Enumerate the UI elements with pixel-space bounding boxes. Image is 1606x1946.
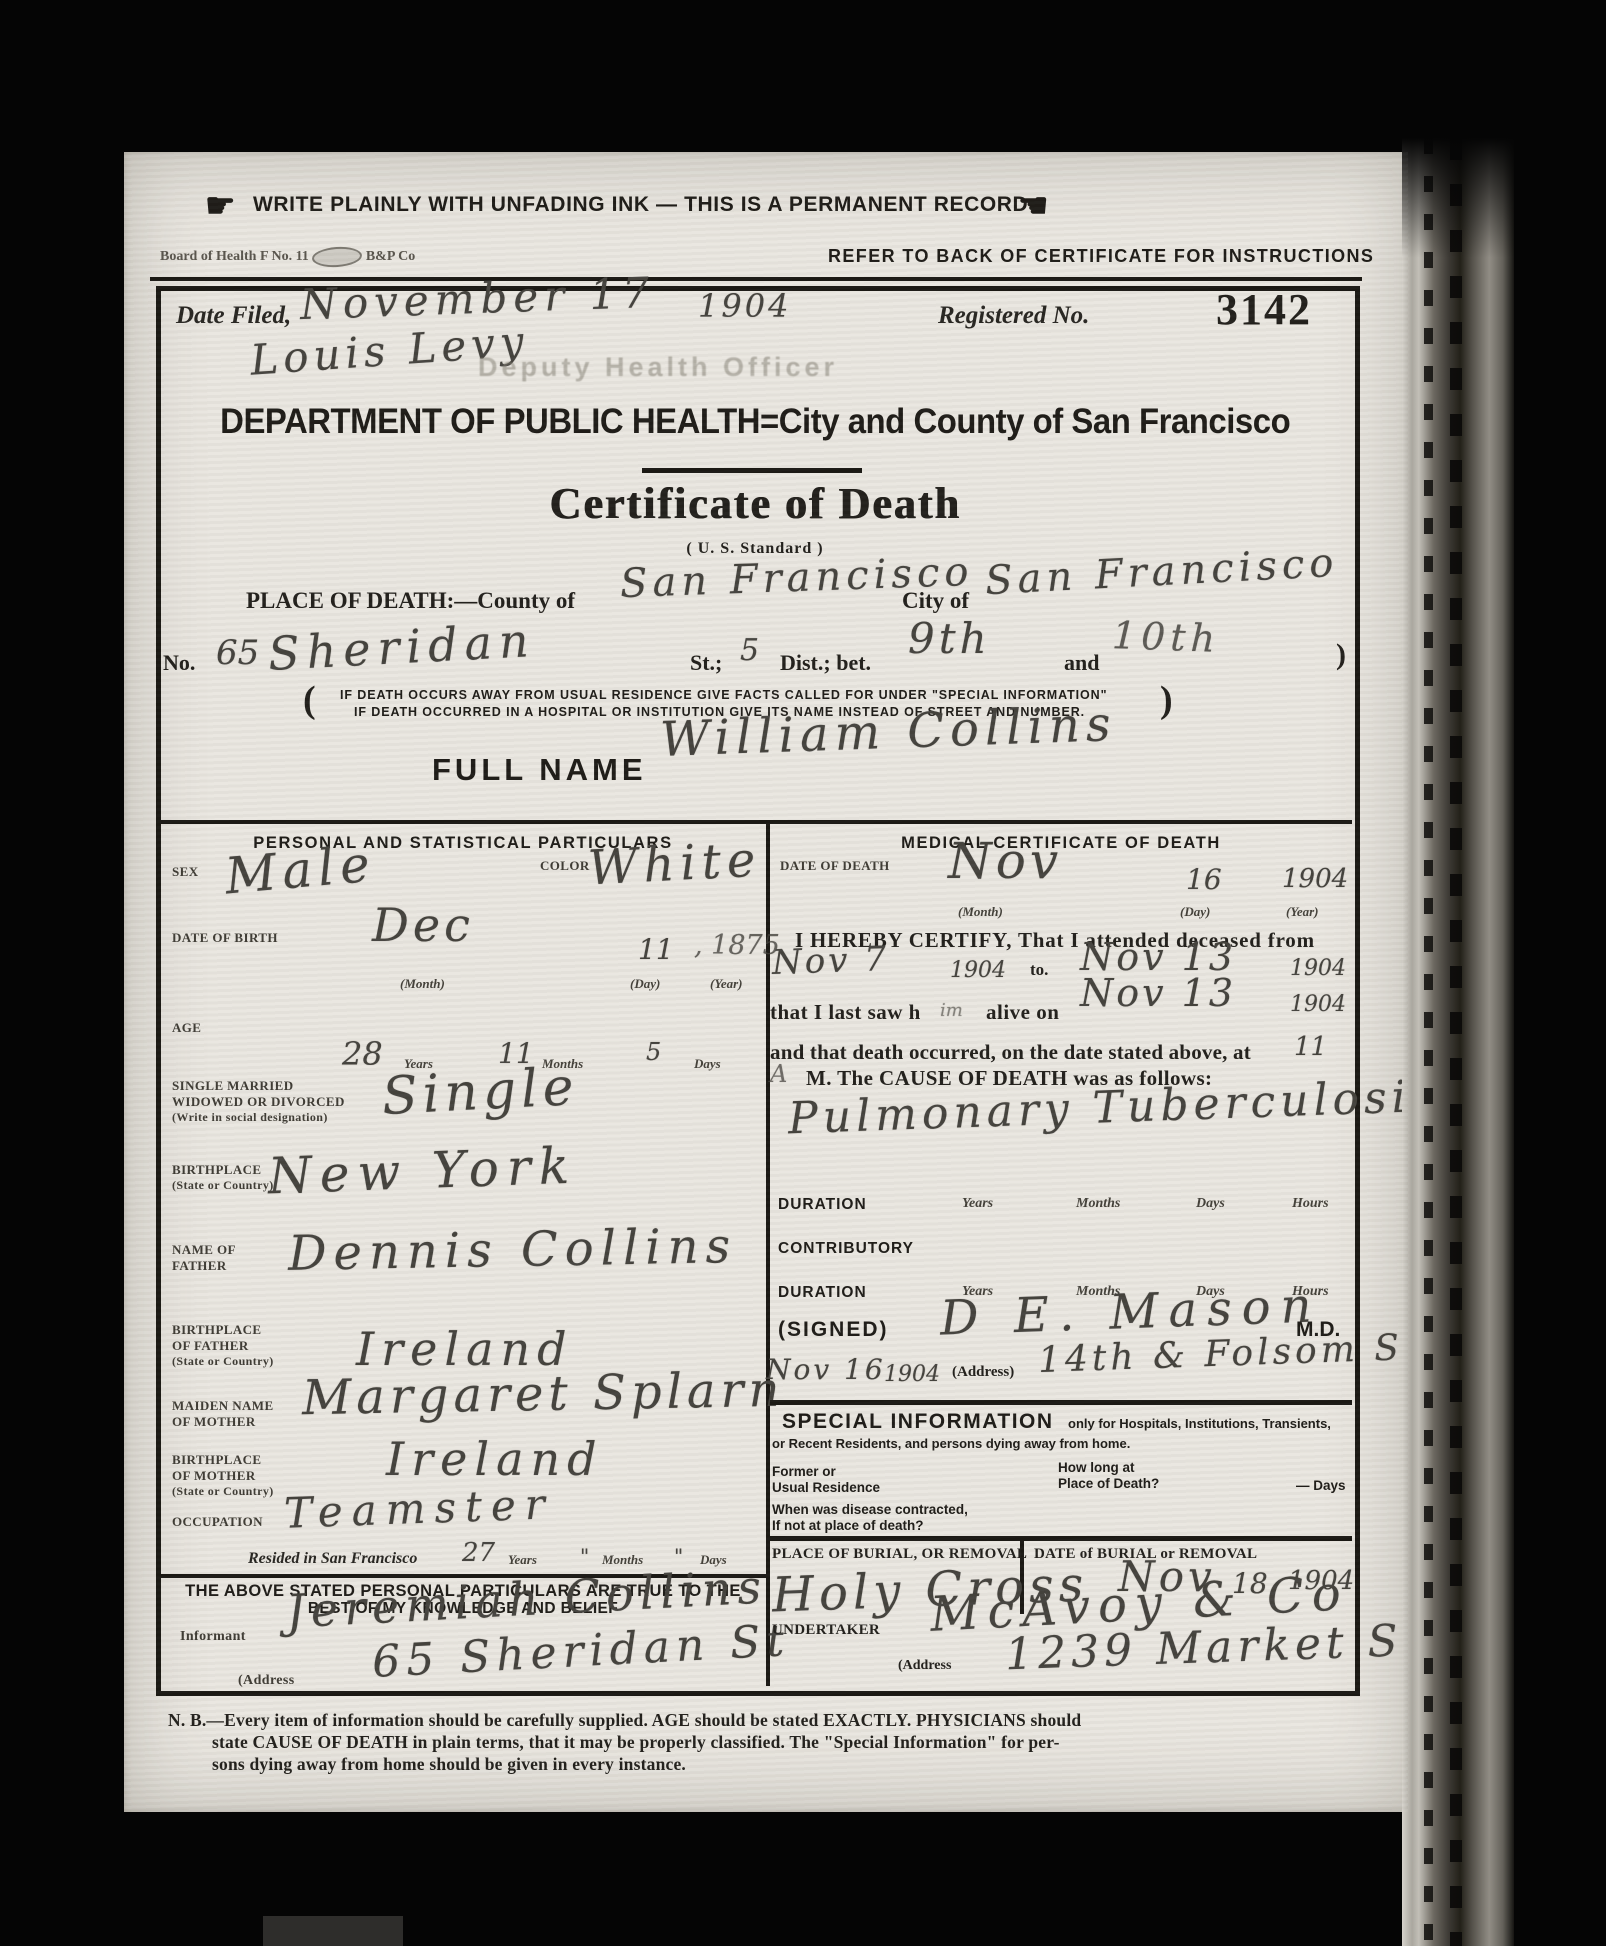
father-bp-label-2: OF FATHER [172,1338,249,1354]
mother-label-2: OF MOTHER [172,1414,256,1430]
duration1-months: Months [1076,1196,1120,1212]
house-no-value: 65 [216,636,259,670]
date-filed-year: 1904 [698,290,791,322]
no-label: No. [163,650,195,676]
deputy-health-officer-stamp: Deputy Health Officer [478,352,838,383]
city-label: City of [902,588,969,614]
dob-month-value: Dec [372,902,474,948]
informant-label: Informant [180,1628,246,1646]
signed-year-value: 1904 [884,1364,940,1386]
father-name-value: Dennis Collins [288,1222,738,1278]
birthplace-label-2: (State or Country) [172,1178,274,1193]
last-saw-him-hw: im [940,1002,963,1020]
special-info-subtitle1: only for Hospitals, Institutions, Transi… [1068,1416,1331,1431]
ward-value: 5 [740,636,759,666]
father-bp-label-3: (State or Country) [172,1354,274,1369]
occupation-label: OCCUPATION [172,1514,263,1530]
dob-day-caption: (Day) [630,976,660,992]
duration1-years: Years [962,1196,993,1212]
between-street-value: 9th [908,618,991,660]
father-label-2: FATHER [172,1258,227,1274]
marital-label-2: WIDOWED OR DIVORCED [172,1094,345,1110]
mother-bp-label-1: BIRTHPLACE [172,1452,262,1468]
meridiem-hw: A [770,1062,787,1086]
attended-from-year: 1904 [950,960,1006,982]
special-info-title: SPECIAL INFORMATION [782,1410,1054,1434]
contracted-label-1: When was disease contracted, [772,1502,968,1517]
marital-label-3: (Write in social designation) [172,1110,328,1125]
mother-bp-label-2: OF MOTHER [172,1468,256,1484]
signed-date-value: Nov 16 [766,1356,886,1384]
duration1-hours: Hours [1292,1196,1329,1212]
attended-to-year: 1904 [1290,958,1346,980]
refer-to-back-note: REFER TO BACK OF CERTIFICATE FOR INSTRUC… [828,246,1374,267]
duration1-label: DURATION [778,1196,867,1214]
signed-address-label: (Address) [952,1364,1014,1381]
small-oval-stamp-icon [312,245,363,268]
certificate-title-wrap: Certificate of Death [160,478,1350,529]
resided-years-value: 27 [462,1540,495,1566]
dist-label: Dist.; bet. [780,650,871,676]
contracted-label-2: If not at place of death? [772,1518,924,1533]
line-close-paren: ) [1336,638,1346,672]
dob-year-value: , 1875 [694,932,780,959]
how-long-label-1: How long at [1058,1460,1135,1475]
attended-from-date: Nov 7 [771,942,889,980]
death-occurred-label: and that death occurred, on the date sta… [770,1040,1251,1065]
pointing-hand-right-icon: ☛ [205,186,235,226]
st-label: St.; [690,650,722,676]
color-value: White [587,835,763,892]
dod-month-value: Nov [948,836,1062,886]
dob-month-caption: (Month) [400,976,445,992]
how-long-label-2: Place of Death? [1058,1476,1159,1491]
duration1-days: Days [1196,1196,1225,1212]
special-info-top-rule [770,1400,1352,1405]
dod-year-caption: (Year) [1286,904,1319,920]
undertaker-label: UNDERTAKER [772,1622,880,1639]
last-saw-label-1: that I last saw h [770,1000,921,1025]
pointing-hand-left-icon: ☚ [1018,186,1048,226]
marital-value: Single [381,1061,580,1123]
resided-years-caption: Years [508,1552,537,1568]
last-saw-year: 1904 [1290,994,1346,1016]
full-name-label: FULL NAME [432,752,647,788]
contributory-label: CONTRIBUTORY [778,1240,914,1258]
marital-label-1: SINGLE MARRIED [172,1078,294,1094]
mother-name-value: Margaret Splarn [302,1366,785,1422]
signed-label: (SIGNED) [778,1318,889,1342]
resided-months-ditto: " [580,1546,589,1566]
informant-address-label: (Address [238,1672,295,1690]
strip-top-shadow [1402,138,1514,258]
age-label: AGE [172,1020,201,1036]
dob-label: DATE OF BIRTH [172,930,278,946]
mother-bp-value: Ireland [386,1436,604,1482]
title-divider [642,468,862,473]
registered-no-value: 3142 [1216,284,1312,335]
dob-day-value: 11 [638,936,674,964]
last-saw-date: Nov 13 [1080,974,1236,1012]
dod-month-caption: (Month) [958,904,1003,920]
birthplace-value: New York [267,1141,578,1202]
sex-value: Male [223,839,377,902]
burial-top-rule [770,1536,1352,1541]
registered-no-label: Registered No. [938,302,1089,330]
footer-note-line2: state CAUSE OF DEATH in plain terms, tha… [212,1732,1060,1753]
and-label: and [1064,650,1099,676]
imprint-right: B&P Co [366,249,415,264]
father-label-1: NAME OF [172,1242,236,1258]
board-of-health-imprint: Board of Health F No. 11 B&P Co [160,247,415,267]
place-of-death-label: PLACE OF DEATH:—County of [246,588,575,614]
mother-bp-label-3: (State or Country) [172,1484,274,1499]
color-label: COLOR [540,858,590,874]
binding-stitch-marks-right [1450,138,1462,1946]
occupation-value: Teamster [283,1483,554,1534]
street-value: Sheridan [267,617,537,677]
columns-top-rule [160,820,1352,824]
between-street2-value: 10th [1111,616,1220,658]
former-residence-label-1: Former or [772,1464,836,1479]
dod-day-value: 16 [1186,866,1222,894]
duration2-label: DURATION [778,1284,867,1302]
department-title: DEPARTMENT OF PUBLIC HEALTH=City and Cou… [220,402,1290,442]
footer-note-line3: sons dying away from home should be give… [212,1754,686,1775]
dod-year-value: 1904 [1282,866,1348,892]
former-residence-label-2: Usual Residence [772,1480,880,1495]
dob-year-caption: (Year) [710,976,743,992]
death-hour-value: 11 [1294,1034,1327,1060]
banner-text: WRITE PLAINLY WITH UNFADING INK — THIS I… [253,193,1028,217]
birthplace-label-1: BIRTHPLACE [172,1162,262,1178]
father-bp-label-1: BIRTHPLACE [172,1322,262,1338]
date-filed-label: Date Filed, [176,302,291,330]
resided-label: Resided in San Francisco [248,1550,417,1568]
undertaker-address-label: (Address [898,1658,951,1674]
department-title-wrap: DEPARTMENT OF PUBLIC HEALTH=City and Cou… [160,402,1350,442]
footer-note-line1: N. B.—Every item of information should b… [168,1710,1081,1731]
microfilm-binding-strip [1402,138,1514,1946]
fine-print-close-paren: ) [1160,678,1173,722]
special-info-subtitle2: or Recent Residents, and persons dying a… [772,1436,1130,1451]
imprint-left: Board of Health F No. 11 [160,249,309,264]
age-days-caption: Days [694,1056,721,1072]
days-dash-label: — Days [1296,1478,1346,1493]
binding-stitch-marks-left [1424,138,1433,1946]
to-label: to. [1030,960,1048,980]
dod-label: DATE OF DEATH [780,858,890,874]
date-filed-value: November 17 [299,272,655,326]
dod-day-caption: (Day) [1180,904,1210,920]
scan-artifact-box [263,1916,403,1946]
last-saw-label-2: alive on [986,1000,1059,1025]
mother-label-1: MAIDEN NAME [172,1398,274,1414]
sex-label: SEX [172,864,199,880]
age-days-value: 5 [646,1040,661,1064]
full-name-value: William Collins [659,700,1117,764]
scanned-death-certificate: ☛ WRITE PLAINLY WITH UNFADING INK — THIS… [0,0,1606,1946]
certificate-title: Certificate of Death [549,479,960,528]
fine-print-open-paren: ( [303,678,316,722]
age-years-value: 28 [342,1038,383,1070]
